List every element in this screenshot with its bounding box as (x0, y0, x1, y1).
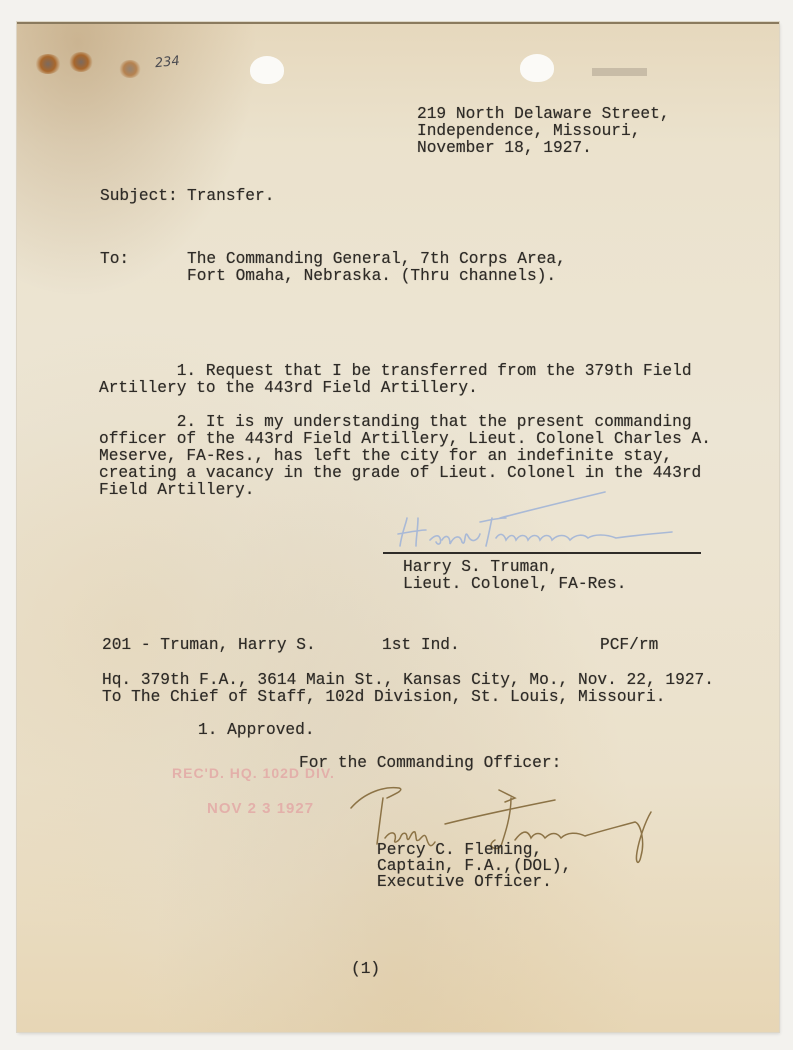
punch-hole-right (520, 54, 554, 82)
paragraph-2-line-2: officer of the 443rd Field Artillery, Li… (99, 431, 711, 448)
indorsement-header-line-1: Hq. 379th F.A., 3614 Main St., Kansas Ci… (102, 672, 714, 689)
paragraph-2-line-1: 2. It is my understanding that the prese… (99, 414, 692, 431)
indorsement-item-1: 1. Approved. (198, 722, 315, 739)
received-stamp-date: NOV 2 3 1927 (207, 800, 314, 817)
to-label: To: (100, 251, 129, 268)
tape-residue (592, 68, 647, 76)
signer-name: Harry S. Truman, (403, 559, 558, 576)
indorsement-initials: PCF/rm (600, 637, 658, 654)
paragraph-2-line-4: creating a vacancy in the grade of Lieut… (99, 465, 701, 482)
recipient-line-1: The Commanding General, 7th Corps Area, (187, 251, 566, 268)
punch-hole-left (250, 56, 284, 84)
signature-line (383, 552, 701, 554)
indorsement-signer-title: Executive Officer. (377, 874, 552, 891)
paragraph-1-line-2: Artillery to the 443rd Field Artillery. (99, 380, 478, 397)
recipient-line-2: Fort Omaha, Nebraska. (Thru channels). (187, 268, 556, 285)
sender-address-line-2: Independence, Missouri, (417, 123, 640, 140)
archive-number: 234 (154, 54, 180, 72)
subject-label: Subject: (100, 188, 178, 205)
subject-value: Transfer. (187, 188, 274, 205)
signer-title: Lieut. Colonel, FA-Res. (403, 576, 626, 593)
indorsement-label: 1st Ind. (382, 637, 460, 654)
indorsement-header-line-2: To The Chief of Staff, 102d Division, St… (102, 689, 665, 706)
truman-signature (380, 488, 710, 554)
sender-address-line-1: 219 North Delaware Street, (417, 106, 670, 123)
page-number: (1) (351, 961, 380, 978)
paragraph-1-line-1: 1. Request that I be transferred from th… (99, 363, 692, 380)
rust-stain (119, 60, 141, 78)
rust-stain (35, 54, 61, 74)
letter-date: November 18, 1927. (417, 140, 592, 157)
received-stamp-line-1: REC'D. HQ. 102D DIV. (172, 765, 335, 781)
indorsement-file-ref: 201 - Truman, Harry S. (102, 637, 316, 654)
paragraph-2-line-5: Field Artillery. (99, 482, 254, 499)
rust-stain (69, 52, 93, 72)
paragraph-2-line-3: Meserve, FA-Res., has left the city for … (99, 448, 672, 465)
for-commanding-officer: For the Commanding Officer: (299, 755, 561, 772)
